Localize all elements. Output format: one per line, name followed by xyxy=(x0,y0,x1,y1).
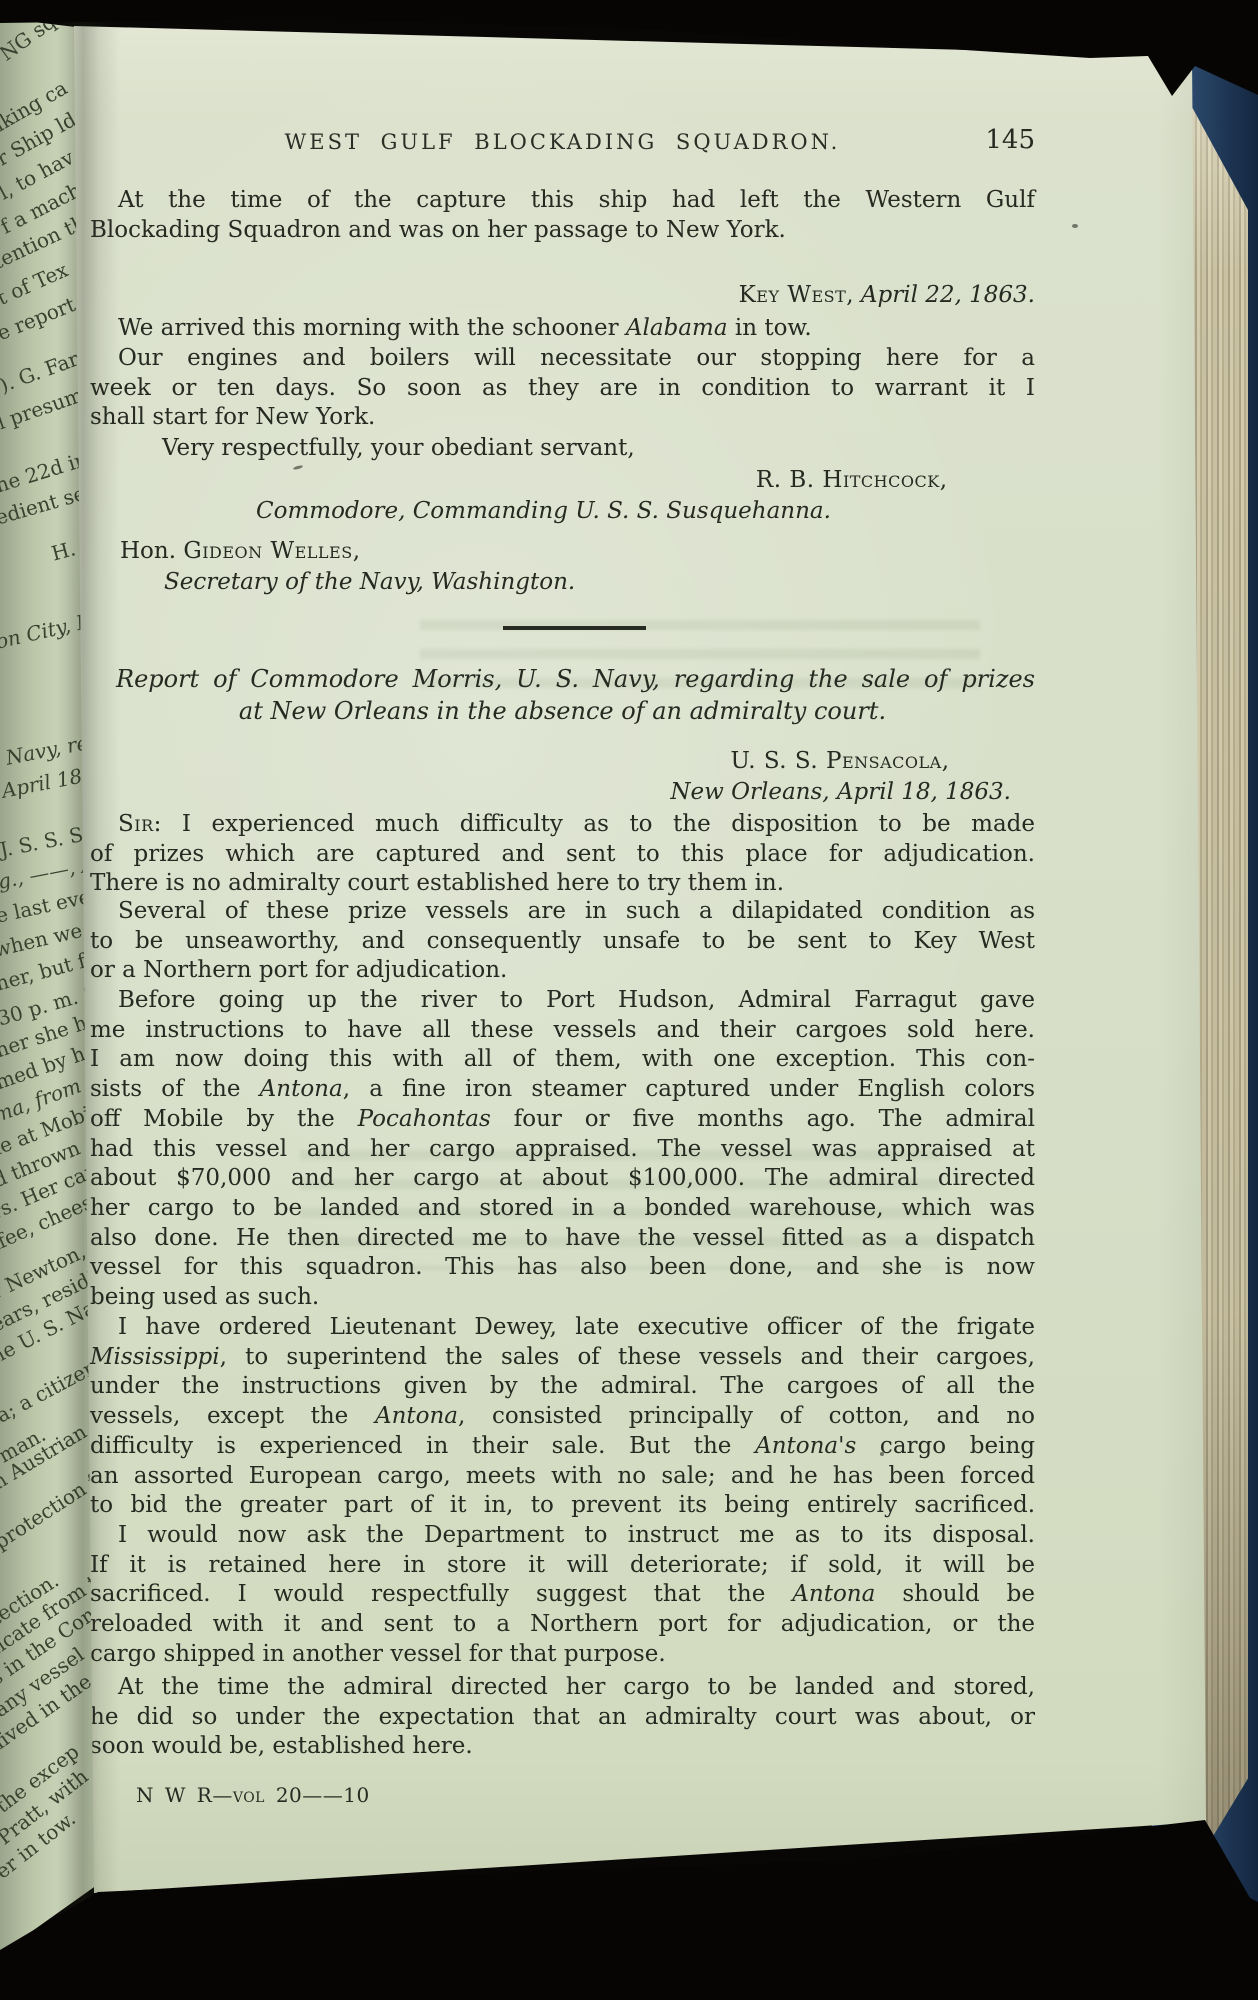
ship-name-italic: New Orleans, April 18, 1863. xyxy=(670,779,1011,805)
text-line: We arrived this morning with the schoone… xyxy=(90,314,1035,344)
ship-name-italic: Secretary of the Navy, Washington. xyxy=(164,569,575,595)
addressee-welles: Hon. Gideon Welles, xyxy=(90,537,1065,567)
paragraph-before-going: Before going up the river to Port Hudson… xyxy=(90,986,1035,1313)
signature-title: Commodore, Commanding U. S. S. Susquehan… xyxy=(90,497,1201,527)
ship-name-italic: Antona xyxy=(792,1581,875,1607)
text-line: about $70,000 and her cargo at about $10… xyxy=(90,1164,1035,1194)
text-line: Blockading Squadron and was on her passa… xyxy=(90,216,1035,246)
running-head-title: WEST GULF BLOCKADING SQUADRON. xyxy=(90,128,1035,158)
ship-name-italic: Antona's xyxy=(755,1433,856,1459)
paragraph-several: Several of these prize vessels are in su… xyxy=(90,897,1035,986)
previous-page-text-fragment: H. xyxy=(49,536,78,565)
text-line: soon would be, established here. xyxy=(90,1732,1035,1762)
text-line: At the time of the capture this ship had… xyxy=(90,186,1035,216)
small-caps-text: U. S. S. Pensacola xyxy=(730,748,941,774)
text-line: There is no admiralty court established … xyxy=(90,869,1035,899)
book-page: WEST GULF BLOCKADING SQUADRON. 145 At th… xyxy=(0,0,1258,2000)
text-line: had this vessel and her cargo appraised.… xyxy=(90,1135,1035,1165)
text-line: being used as such. xyxy=(90,1283,1035,1313)
signature-hitchcock: R. B. Hitchcock, xyxy=(90,466,1035,496)
text-line: I have ordered Lieutenant Dewey, late ex… xyxy=(90,1313,1035,1343)
section-divider-rule xyxy=(503,626,646,630)
book-photo: NG sqlking car Ship ldl, to havf a macht… xyxy=(0,0,1258,2000)
page-number: 145 xyxy=(985,126,1035,156)
text-line: difficulty is experienced in their sale.… xyxy=(90,1432,1035,1462)
ship-name-italic: Pocahontas xyxy=(358,1106,491,1132)
text-line: At the time the admiral directed her car… xyxy=(90,1673,1035,1703)
text-line: to be unseaworthy, and consequently unsa… xyxy=(90,927,1035,957)
dateline-new-orleans: New Orleans, April 18, 1863. xyxy=(90,778,1035,808)
ship-name-italic: Commodore, Commanding U. S. S. Susquehan… xyxy=(256,498,831,524)
paper-speck xyxy=(1072,224,1078,228)
running-head: WEST GULF BLOCKADING SQUADRON. 145 xyxy=(90,128,1035,158)
text-line: reloaded with it and sent to a Northern … xyxy=(90,1610,1035,1640)
small-caps-text: R. B. Hitchcock xyxy=(756,467,940,493)
text-line: me instructions to have all these vessel… xyxy=(90,1016,1035,1046)
footer-volume-mark: N W R—vol 20——10 xyxy=(90,1781,1081,1811)
paragraph-engines: Our engines and boilers will necessitate… xyxy=(90,344,1035,433)
text-line: he did so under the expectation that an … xyxy=(90,1703,1035,1733)
text-line: week or ten days. So soon as they are in… xyxy=(90,374,1035,404)
text-line: Mississippi, to superintend the sales of… xyxy=(90,1343,1035,1373)
report-heading-line2: at New Orleans in the absence of an admi… xyxy=(90,697,1035,727)
previous-page-text-fragment: NG sq xyxy=(0,18,60,66)
ship-name-italic: Antona xyxy=(375,1403,458,1429)
paragraph-sir: Sir: I experienced much difficulty as to… xyxy=(90,810,1035,899)
text-line: Sir: I experienced much difficulty as to… xyxy=(90,810,1035,840)
text-line: an assorted European cargo, meets with n… xyxy=(90,1462,1035,1492)
addressee-title: Secretary of the Navy, Washington. xyxy=(90,568,1109,598)
text-line: also done. He then directed me to have t… xyxy=(90,1224,1035,1254)
intro-paragraph: At the time of the capture this ship had… xyxy=(90,186,1035,245)
text-line: Several of these prize vessels are in su… xyxy=(90,897,1035,927)
paragraph-arrival: We arrived this morning with the schoone… xyxy=(90,314,1035,344)
small-caps-text: Gideon Welles xyxy=(183,538,352,564)
text-line: vessels, except the Antona, consisted pr… xyxy=(90,1402,1035,1432)
report-heading-line1: Report of Commodore Morris, U. S. Navy, … xyxy=(90,665,1035,695)
text-line: Before going up the river to Port Hudson… xyxy=(90,986,1035,1016)
page-text-column: WEST GULF BLOCKADING SQUADRON. 145 At th… xyxy=(90,0,1035,2000)
text-line: shall start for New York. xyxy=(90,403,1035,433)
text-line: I would now ask the Department to instru… xyxy=(90,1521,1035,1551)
small-caps-text: Sir xyxy=(118,811,154,837)
ship-name-italic: at New Orleans in the absence of an admi… xyxy=(239,697,886,725)
text-line: under the instructions given by the admi… xyxy=(90,1372,1035,1402)
paragraph-dewey: I have ordered Lieutenant Dewey, late ex… xyxy=(90,1313,1035,1521)
text-line: sacrificed. I would respectfully suggest… xyxy=(90,1580,1035,1610)
text-line: off Mobile by the Pocahontas four or fiv… xyxy=(90,1105,1035,1135)
text-line: vessel for this squadron. This has also … xyxy=(90,1253,1035,1283)
ship-name-italic: Report of Commodore Morris, U. S. Navy, … xyxy=(116,665,1035,693)
footer-volume-text: N W R—vol 20——10 xyxy=(136,1783,370,1807)
text-line: cargo shipped in another vessel for that… xyxy=(90,1640,1035,1670)
text-line: to bid the greater part of it in, to pre… xyxy=(90,1491,1035,1521)
ship-name-italic: Alabama xyxy=(626,315,728,341)
small-caps-text: Key West xyxy=(739,282,847,308)
paragraph-at-time: At the time the admiral directed her car… xyxy=(90,1673,1035,1762)
ship-name-italic: Mississippi xyxy=(90,1344,220,1370)
text-line: or a Northern port for adjudication. xyxy=(90,956,1035,986)
text-line: Our engines and boilers will necessitate… xyxy=(90,344,1035,374)
text-line: sists of the Antona, a fine iron steamer… xyxy=(90,1075,1035,1105)
dateline-pensacola: U. S. S. Pensacola, xyxy=(90,747,1035,777)
text-line: If it is retained here in store it will … xyxy=(90,1551,1035,1581)
dateline-key-west: Key West, April 22, 1863. xyxy=(90,281,1035,311)
text-line: her cargo to be landed and stored in a b… xyxy=(90,1194,1035,1224)
ship-name-italic: April 22, 1863. xyxy=(861,282,1035,308)
letter-closing: Very respectfully, your obediant servant… xyxy=(90,434,1107,464)
text-line: I am now doing this with all of them, wi… xyxy=(90,1045,1035,1075)
paragraph-department: I would now ask the Department to instru… xyxy=(90,1521,1035,1670)
ship-name-italic: Antona xyxy=(260,1076,343,1102)
text-line: of prizes which are captured and sent to… xyxy=(90,840,1035,870)
